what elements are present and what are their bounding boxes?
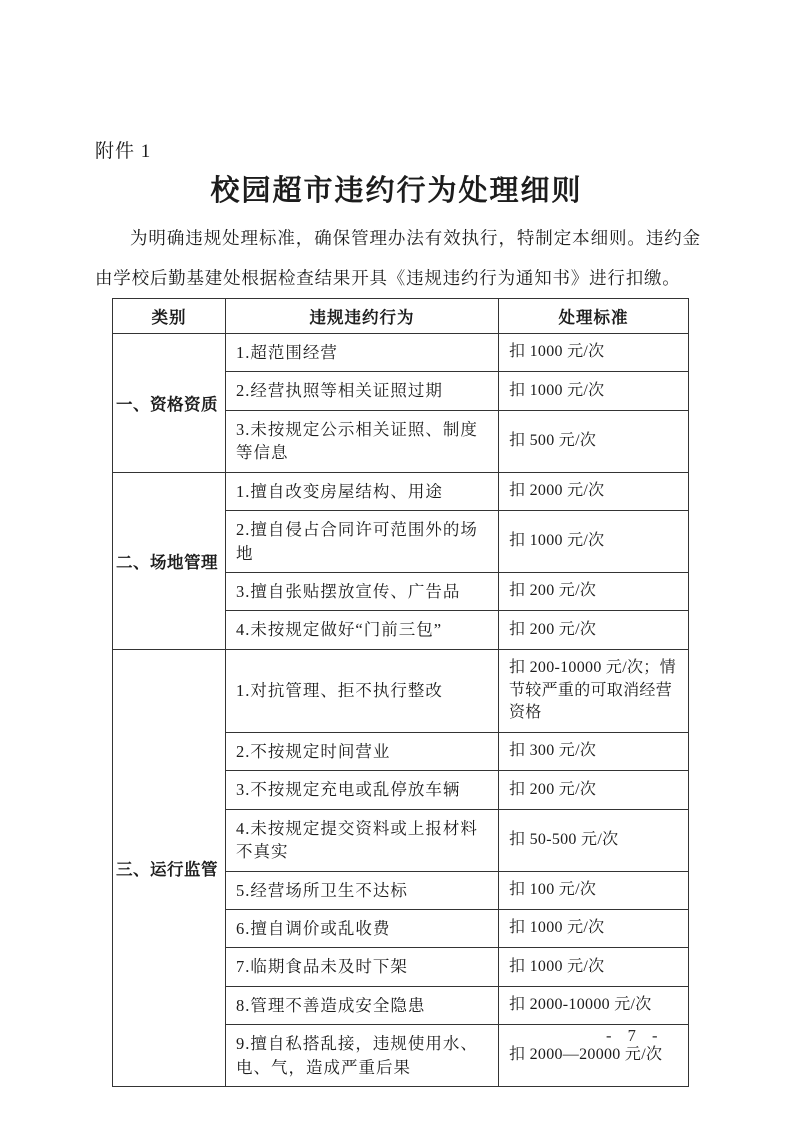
behavior-cell: 3.未按规定公示相关证照、制度等信息: [226, 410, 499, 472]
table-row: 一、资格资质1.超范围经营扣 1000 元/次: [113, 334, 689, 372]
intro-paragraph: 为明确违规处理标准，确保管理办法有效执行，特制定本细则。违约金由学校后勤基建处根…: [95, 218, 701, 298]
category-cell: 一、资格资质: [113, 334, 226, 473]
attachment-label: 附件 1: [95, 136, 151, 163]
header-cell-behavior: 违规违约行为: [226, 299, 499, 334]
behavior-cell: 2.经营执照等相关证照过期: [226, 372, 499, 410]
behavior-cell: 9.擅自私搭乱接，违规使用水、电、气，造成严重后果: [226, 1025, 499, 1087]
standard-cell: 扣 200 元/次: [499, 611, 689, 649]
rules-table: 类别 违规违约行为 处理标准 一、资格资质1.超范围经营扣 1000 元/次2.…: [112, 298, 689, 1087]
behavior-cell: 4.未按规定做好“门前三包”: [226, 611, 499, 649]
behavior-cell: 2.不按规定时间营业: [226, 732, 499, 770]
page-number: - 7 -: [606, 1026, 664, 1046]
table-row: 三、运行监管1.对抗管理、拒不执行整改扣 200-10000 元/次；情节较严重…: [113, 649, 689, 732]
standard-cell: 扣 1000 元/次: [499, 511, 689, 573]
behavior-cell: 2.擅自侵占合同许可范围外的场地: [226, 511, 499, 573]
behavior-cell: 7.临期食品未及时下架: [226, 948, 499, 986]
behavior-cell: 1.对抗管理、拒不执行整改: [226, 649, 499, 732]
standard-cell: 扣 100 元/次: [499, 871, 689, 909]
standard-cell: 扣 2000-10000 元/次: [499, 986, 689, 1024]
standard-cell: 扣 1000 元/次: [499, 372, 689, 410]
document-page: 附件 1 校园超市违约行为处理细则 为明确违规处理标准，确保管理办法有效执行，特…: [0, 0, 793, 1122]
document-title: 校园超市违约行为处理细则: [0, 168, 793, 209]
standard-cell: 扣 500 元/次: [499, 410, 689, 472]
rules-table-body: 一、资格资质1.超范围经营扣 1000 元/次2.经营执照等相关证照过期扣 10…: [113, 334, 689, 1087]
behavior-cell: 3.擅自张贴摆放宣传、广告品: [226, 572, 499, 610]
standard-cell: 扣 200 元/次: [499, 771, 689, 809]
standard-cell: 扣 1000 元/次: [499, 334, 689, 372]
category-cell: 二、场地管理: [113, 472, 226, 649]
standard-cell: 扣 50-500 元/次: [499, 809, 689, 871]
behavior-cell: 8.管理不善造成安全隐患: [226, 986, 499, 1024]
standard-cell: 扣 1000 元/次: [499, 910, 689, 948]
behavior-cell: 1.擅自改变房屋结构、用途: [226, 472, 499, 510]
behavior-cell: 3.不按规定充电或乱停放车辆: [226, 771, 499, 809]
table-header-row: 类别 违规违约行为 处理标准: [113, 299, 689, 334]
table-row: 二、场地管理1.擅自改变房屋结构、用途扣 2000 元/次: [113, 472, 689, 510]
behavior-cell: 4.未按规定提交资料或上报材料不真实: [226, 809, 499, 871]
behavior-cell: 6.擅自调价或乱收费: [226, 910, 499, 948]
header-cell-category: 类别: [113, 299, 226, 334]
standard-cell: 扣 200 元/次: [499, 572, 689, 610]
standard-cell: 扣 300 元/次: [499, 732, 689, 770]
standard-cell: 扣 1000 元/次: [499, 948, 689, 986]
standard-cell: 扣 2000 元/次: [499, 472, 689, 510]
category-cell: 三、运行监管: [113, 649, 226, 1086]
behavior-cell: 1.超范围经营: [226, 334, 499, 372]
behavior-cell: 5.经营场所卫生不达标: [226, 871, 499, 909]
header-cell-standard: 处理标准: [499, 299, 689, 334]
standard-cell: 扣 200-10000 元/次；情节较严重的可取消经营资格: [499, 649, 689, 732]
